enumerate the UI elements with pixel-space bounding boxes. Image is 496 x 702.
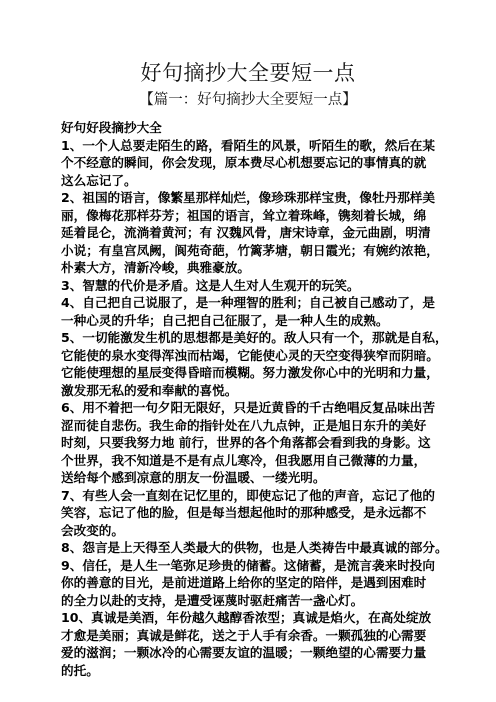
body-line: 时刻，只要我努力地 前行，世界的各个角落都会看到我的身影。这	[61, 434, 481, 452]
document-body: 好句好段摘抄大全 1、一个人总要走陌生的路，看陌生的风景，听陌生的歌，然后在某 …	[61, 119, 481, 679]
body-line: 送给每个感到凉意的朋友一份温暖、一缕光明。	[61, 469, 481, 487]
document-title: 好句摘抄大全要短一点	[0, 60, 496, 86]
body-line: 个不经意的瞬间，你会发现，原本费尽心机想要忘记的事情真的就	[61, 154, 481, 172]
body-line: 7、有些人会一直刻在记忆里的，即使忘记了他的声音，忘记了他的	[61, 487, 481, 505]
body-line: 小说；有皇宫凤阙，阆苑奇葩，竹篱茅塘，朝日霞光；有婉约浓艳，	[61, 242, 481, 260]
body-line: 6、用不着把一句夕阳无限好，只是近黄昏的千古绝唱反复品味出苦	[61, 399, 481, 417]
body-line: 笑容，忘记了他的脸，但是每当想起他时的那种感受，是永远都不	[61, 504, 481, 522]
body-line: 9、信任，是人生一笔弥足珍贵的储蓄。这储蓄，是流言袭来时投向	[61, 557, 481, 575]
body-line: 会改变的。	[61, 522, 481, 540]
body-line: 10、真诚是美酒，年份越久越醇香浓型；真诚是焰火，在高处绽放	[61, 609, 481, 627]
section-heading: 好句好段摘抄大全	[61, 119, 481, 137]
body-line: 丽，像梅花那样芬芳；祖国的语言，耸立着珠峰，镌刻着长城，绵	[61, 207, 481, 225]
body-line: 一种心灵的升华；自己把自己征服了，是一种人生的成熟。	[61, 312, 481, 330]
body-line: 的托。	[61, 662, 481, 680]
body-line: 激发那无私的爱和奉献的喜悦。	[61, 382, 481, 400]
body-line: 它能使的泉水变得浑浊而枯竭，它能使心灵的天空变得狭窄而阴暗。	[61, 347, 481, 365]
body-line: 1、一个人总要走陌生的路，看陌生的风景，听陌生的歌，然后在某	[61, 137, 481, 155]
body-line: 8、怨言是上天得至人类最大的供物，也是人类祷告中最真诚的部分。	[61, 539, 481, 557]
body-line: 2、祖国的语言，像繁星那样灿烂，像珍珠那样宝贵，像牡丹那样美	[61, 189, 481, 207]
document-subtitle: 【篇一：好句摘抄大全要短一点】	[0, 90, 496, 110]
body-line: 它能使理想的星辰变得昏暗而模糊。努力激发你心中的光明和力量，	[61, 364, 481, 382]
body-line: 才愈是美丽；真诚是鲜花，送之于人手有余香。一颗孤独的心需要	[61, 627, 481, 645]
body-line: 你的善意的目光，是前进道路上给你的坚定的陪伴，是遇到困难时	[61, 574, 481, 592]
body-line: 5、一切能激发生机的思想都是美好的。敌人只有一个，那就是自私，	[61, 329, 481, 347]
body-line: 个世界，我不知道是不是有点儿寒冷，但我愿用自己微薄的力量，	[61, 452, 481, 470]
body-line: 4、自己把自己说服了，是一种理智的胜利；自己被自己感动了，是	[61, 294, 481, 312]
body-line: 朴素大方，清新冷峻，典雅豪放。	[61, 259, 481, 277]
body-line: 延着昆仑，流淌着黄河；有 汉魏风骨，唐宋诗章，金元曲剧，明清	[61, 224, 481, 242]
body-line: 这么忘记了。	[61, 172, 481, 190]
document-page: 好句摘抄大全要短一点 【篇一：好句摘抄大全要短一点】 好句好段摘抄大全 1、一个…	[0, 0, 496, 702]
body-line: 爱的滋润；一颗冰冷的心需要友谊的温暖；一颗绝望的心需要力量	[61, 644, 481, 662]
body-line: 的全力以赴的支持，是遭受诬蔑时驱赶痛苦一盏心灯。	[61, 592, 481, 610]
body-line: 涩而徒自悲伤。我生命的指针处在八九点钟，正是旭日东升的美好	[61, 417, 481, 435]
body-line: 3、智慧的代价是矛盾。这是人生对人生观开的玩笑。	[61, 277, 481, 295]
